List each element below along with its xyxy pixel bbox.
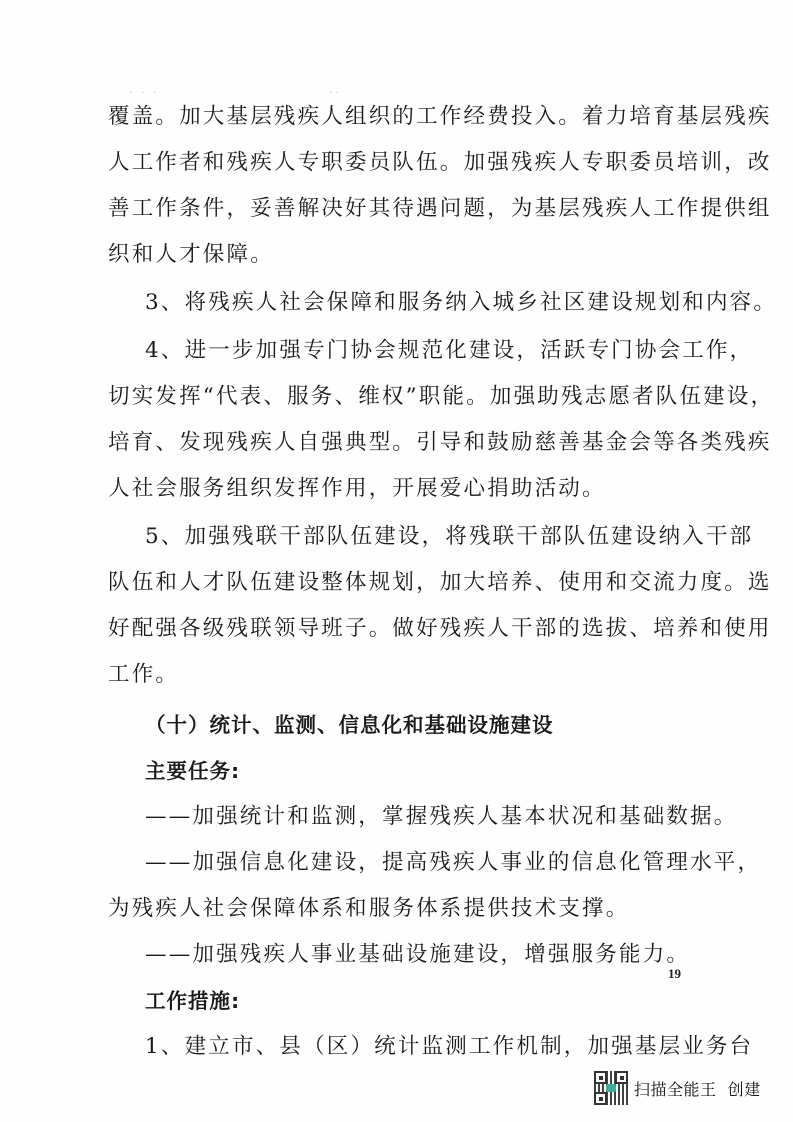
body-text-line: 人工作者和残疾人专职委员队伍。加强残疾人专职委员培训，改 (108, 150, 772, 176)
main-tasks-label: 主要任务: (145, 758, 240, 784)
task-item-continuation: 为残疾人社会保障体系和服务体系提供技术支撑。 (108, 896, 629, 922)
list-item-5: 5、加强残联干部队伍建设，将残联干部队伍建设纳入干部 (145, 524, 753, 550)
watermark-text: 扫描全能王 创建 (634, 1077, 761, 1100)
scanner-watermark: 扫描全能王 创建 (594, 1071, 761, 1105)
qr-code-icon (594, 1071, 628, 1105)
body-text-line: 织和人才保障。 (108, 242, 274, 268)
body-text-line: 工作。 (108, 662, 179, 688)
body-text-line: 切实发挥“代表、服务、维权”职能。加强助残志愿者队伍建设， (108, 384, 774, 410)
list-item-4: 4、进一步加强专门协会规范化建设，活跃专门协会工作， (145, 338, 753, 364)
body-text-line: 培育、发现残疾人自强典型。引导和鼓励慈善基金会等各类残疾 (108, 430, 772, 456)
body-text-line: 人社会服务组织发挥作用，开展爱心捐助活动。 (108, 476, 606, 502)
body-text-line: 覆盖。加大基层残疾人组织的工作经费投入。着力培育基层残疾 (108, 104, 772, 130)
list-item-3: 3、将残疾人社会保障和服务纳入城乡社区建设规划和内容。 (145, 290, 777, 316)
body-text-line: 队伍和人才队伍建设整体规划，加大培养、使用和交流力度。选 (108, 570, 772, 596)
scan-artifact: · · · (130, 90, 160, 97)
measure-item: 1、建立市、县（区）统计监测工作机制，加强基层业务台 (145, 1034, 753, 1060)
scan-artifact: ·· (330, 90, 342, 97)
section-heading: （十）统计、监测、信息化和基础设施建设 (145, 712, 554, 738)
page-number: 19 (668, 966, 681, 982)
task-item: ——加强信息化建设，提高残疾人事业的信息化管理水平， (145, 850, 761, 876)
task-item: ——加强统计和监测，掌握残疾人基本状况和基础数据。 (145, 804, 738, 830)
task-item: ——加强残疾人事业基础设施建设，增强服务能力。 (145, 942, 690, 968)
scanned-document-page: · · · ·· 覆盖。加大基层残疾人组织的工作经费投入。着力培育基层残疾 人工… (0, 0, 793, 1122)
body-text-line: 善工作条件，妥善解决好其待遇问题，为基层残疾人工作提供组 (108, 196, 772, 222)
measures-label: 工作措施: (145, 988, 240, 1014)
body-text-line: 好配强各级残联领导班子。做好残疾人干部的选拔、培养和使用 (108, 616, 772, 642)
